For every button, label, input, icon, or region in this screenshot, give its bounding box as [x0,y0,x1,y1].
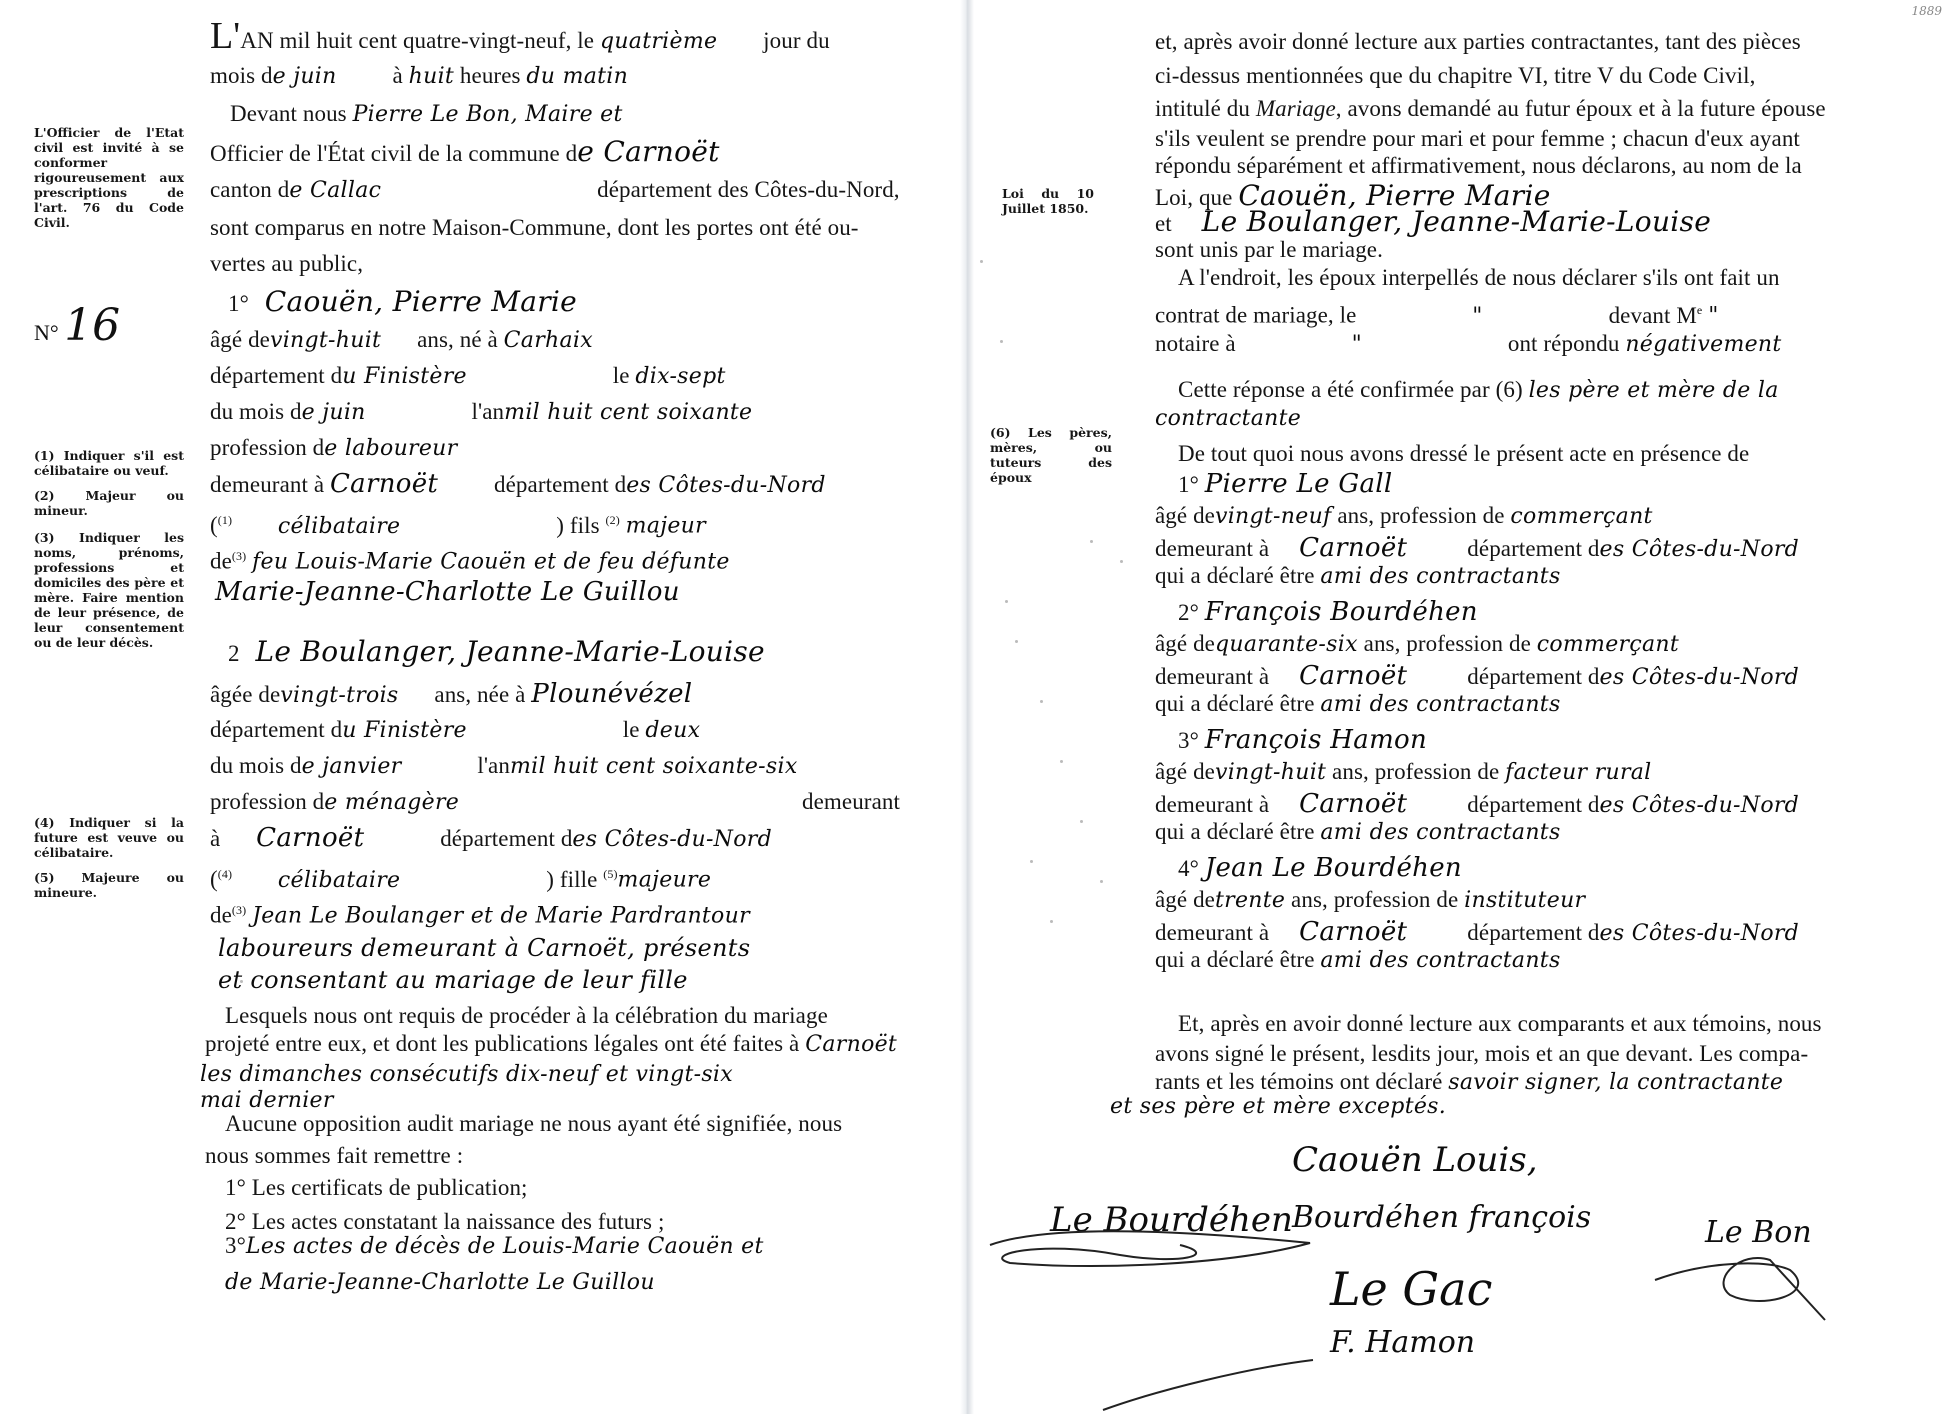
handwritten-month: e juin [273,64,337,89]
print-text: l'an [477,753,510,778]
witness-name-line: 4° Jean Le Bourdéhen [1178,854,1462,883]
witness-relation: ami des contractants [1320,948,1560,973]
signing-exceptions: et ses père et mère exceptés. [1110,1094,1446,1119]
reading-line-7: et Le Boulanger, Jeanne-Marie-Louise [1155,208,1711,238]
confirmed-by-cont: contractante [1155,406,1301,431]
witness-dept: es Côtes-du-Nord [1600,665,1800,690]
witness-age: quarante-six [1215,632,1358,657]
contract-line-1: A l'endroit, les époux interpellés de no… [1178,264,1780,292]
bride-birth-year: mil huit cent soixante-six [510,754,798,779]
signature-flourish-le-bon [1650,1240,1830,1330]
print-text: qui a déclaré être [1155,947,1320,972]
print-text: 3° [225,1233,246,1258]
note-ref: (2) [606,513,620,527]
print-text: qui a déclaré être [1155,691,1320,716]
witnesses-intro: De tout quoi nous avons dressé le présen… [1178,440,1749,468]
witness-age: vingt-neuf [1215,504,1332,529]
witness-name-line: 2° François Bourdéhen [1178,598,1478,627]
witness-residence: Carnoët [1299,917,1407,947]
intro-line-7: vertes au public, [210,250,363,278]
opposition-line-2: nous sommes fait remettre : [205,1142,463,1170]
scan-speck [1000,340,1003,343]
print-text: âgé de [1155,887,1215,912]
margin-note-3: (3) Indiquer les noms, prénoms, professi… [34,530,184,650]
print-text: ont répondu [1508,331,1620,356]
groom-age-line: âgé devingt-huit ans, né à Carhaix [210,326,593,355]
print-text: ( [210,867,218,892]
print-text: département d [210,717,342,742]
intro-line-3: Devant nous Pierre Le Bon, Maire et [230,100,623,129]
print-text: qui a déclaré être [1155,563,1320,588]
print-text: âgé de [210,327,270,352]
groom-residence: Carnoët [330,469,438,499]
print-text: à [392,63,402,88]
witness-age: trente [1215,888,1285,913]
witness-relation: ami des contractants [1320,692,1560,717]
reading-line-8: sont unis par le mariage. [1155,236,1383,264]
opposition-line-1: Aucune opposition audit mariage ne nous … [225,1110,842,1138]
print-text: Cette réponse a été confirmée par [1178,377,1490,402]
witness-residence-line: demeurant àCarnoëtdépartement des Côtes-… [1155,662,1799,692]
scan-speck [250,1040,253,1043]
print-text: le [623,717,640,742]
print-text: rants et les témoins ont déclaré [1155,1069,1442,1094]
print-text: Officier de l'État civil de la commune d [210,141,577,166]
scan-speck [1100,880,1103,883]
witness-relation-line: qui a déclaré être ami des contractants [1155,690,1561,719]
print-text: profession d [210,435,324,460]
groom-parents: feu Louis-Marie Caouën et de feu défunte [252,550,730,575]
reading-line-2: ci-dessus mentionnées que du chapitre VI… [1155,62,1755,90]
print-text: ans, né à [417,327,498,352]
bride-birth-day: deux [645,718,700,743]
print-text: âgé de [1155,759,1215,784]
print-text: demeurant à [1155,792,1269,817]
print-text: demeurant à [210,472,324,497]
print-text: demeurant à [1155,536,1269,561]
groom-index: 1° [228,291,249,316]
witness-profession: instituteur [1464,888,1585,913]
groom-majority: majeur [626,514,706,539]
groom-name: Caouën, Pierre Marie [265,285,577,318]
witness-index: 3° [1178,728,1205,753]
witness-name: Jean Le Bourdéhen [1205,853,1462,883]
margin-note-4: (4) Indiquer si la future est veuve ou c… [34,815,184,860]
scan-speck [240,980,243,983]
witness-relation: ami des contractants [1320,820,1560,845]
witness-dept: es Côtes-du-Nord [1600,537,1800,562]
print-text: du mois d [210,753,302,778]
intro-line-1: L'AN mil huit cent quatre-vingt-neuf, le… [210,22,830,56]
groom-birth-month: e juin [302,400,366,425]
documents-item-3: 3°Les actes de décès de Louis-Marie Caou… [225,1232,764,1261]
bride-name: Le Boulanger, Jeanne-Marie-Louise [255,635,764,668]
print-text: Devant nous [230,101,347,126]
print-text: demeurant à [1155,664,1269,689]
blank-place: " [1352,332,1362,357]
signature-flourish-left [980,1225,1320,1285]
print-text: âgé de [1155,631,1215,656]
witness-name: François Hamon [1205,725,1427,755]
scan-speck [1120,560,1123,563]
print-text: ans, profession de [1285,887,1464,912]
signature-flourish-hamon [1098,1340,1318,1414]
contract-line-2: contrat de mariage, le " devant Me " [1155,296,1719,331]
print-text: mois d [210,63,273,88]
publications-line-2: projeté entre eux, et dont les publicati… [205,1030,897,1059]
bride-profession-line: profession de ménagère demeurant [210,788,459,817]
blank-notary: " [1708,304,1718,329]
publication-dates: les dimanches consécutifs dix-neuf et vi… [200,1062,733,1087]
scan-speck [1005,600,1008,603]
groom-status: célibataire [278,514,400,539]
corner-annotation: 1889 [1911,4,1942,18]
groom-month-line: du mois de juin l'anmil huit cent soixan… [210,398,752,427]
bride-parents-occupation: laboureurs demeurant à Carnoët, présents [218,934,750,962]
witness-profession: commerçant [1537,632,1679,657]
print-text: département d [1467,536,1599,561]
confirmed-by: les père et mère de la [1529,378,1779,403]
left-page: L'Officier de l'Etat civil est invité à … [0,0,970,1414]
bride-residence-line: à Carnoët département des Côtes-du-Nord [210,824,772,854]
witness-residence-line: demeurant àCarnoëtdépartement des Côtes-… [1155,534,1799,564]
bride-index: 2 [228,641,240,666]
witness-name: Pierre Le Gall [1205,469,1393,499]
signature-le-gac: Le Gac [1330,1262,1492,1316]
publications-line-1: Lesquels nous ont requis de procéder à l… [225,1002,828,1030]
print-text: département d [440,826,572,851]
scan-speck [1015,640,1018,643]
bride-age: vingt-trois [280,683,398,708]
handwritten-canton: e Callac [289,178,381,203]
note-ref: (6) [1496,377,1523,402]
print-text: de [210,549,232,574]
closing-line-4: et ses père et mère exceptés. [1110,1092,1446,1121]
print-text: ans, née à [434,682,525,707]
signature-bourdehen-francois: Bourdéhen françois [1292,1200,1591,1235]
witness-age: vingt-huit [1215,760,1326,785]
witness-residence: Carnoët [1299,789,1407,819]
print-text: du mois d [210,399,302,424]
witness-index: 4° [1178,856,1205,881]
witness-residence: Carnoët [1299,661,1407,691]
print-text: ) fils [556,513,599,538]
print-text: qui a déclaré être [1155,819,1320,844]
bride-birth-month: e janvier [302,754,402,779]
print-text: ans, profession de [1326,759,1505,784]
print-text: département d [1467,920,1599,945]
print-text: devant M [1609,303,1697,328]
italic-mariage: Mariage [1256,96,1336,121]
witness-dept: es Côtes-du-Nord [1600,793,1800,818]
handwritten-day: quatrième [600,29,717,54]
groom-name-line: 1° Caouën, Pierre Marie [228,288,577,318]
groom-residence-line: demeurant à Carnoët département des Côte… [210,470,826,500]
print-text: demeurant à [1155,920,1269,945]
print-text: à [210,826,220,851]
print-text: profession d [210,789,324,814]
groom-profession-line: profession de laboureur [210,434,457,463]
print-text: heures [460,63,521,88]
bride-residence-dept: es Côtes-du-Nord [572,827,772,852]
witness-relation: ami des contractants [1320,564,1560,589]
blank-date: " [1472,304,1482,329]
bride-name-line: 2 Le Boulanger, Jeanne-Marie-Louise [228,638,765,668]
margin-note-6: (6) Les pères, mères, ou tuteurs des épo… [990,425,1112,485]
union-bride: Le Boulanger, Jeanne-Marie-Louise [1202,205,1711,238]
contract-line-5: contractante [1155,404,1301,433]
print-text: département d [1467,664,1599,689]
groom-residence-dept: es Côtes-du-Nord [626,473,826,498]
witness-residence-line: demeurant àCarnoëtdépartement des Côtes-… [1155,790,1799,820]
print-text: ) fille [546,867,597,892]
print-text: contrat de mariage, le [1155,303,1356,328]
groom-age: vingt-huit [270,328,381,353]
scan-speck [1030,860,1033,863]
print-text: e [1697,303,1702,317]
signature-hamon: F. Hamon [1330,1325,1475,1360]
right-page: 1889 Loi du 10 Juillet 1850. (6) Les pèr… [970,0,1954,1414]
print-text: projeté entre eux, et dont les publicati… [205,1031,799,1056]
groom-birth-day: dix-sept [635,364,725,389]
bride-parents-consent: et consentant au mariage de leur fille [218,966,688,994]
record-number: N° 16 [34,300,120,351]
bride-parents-line-1: de(3) Jean Le Boulanger et de Marie Pard… [210,896,750,931]
note-ref: (4) [218,867,232,881]
closing-line-1: Et, après en avoir donné lecture aux com… [1178,1010,1822,1038]
handwritten-commune: e Carnoët [577,135,719,168]
intro-line-4: Officier de l'État civil de la commune d… [210,138,720,168]
signature-caouen: Caouën Louis, [1292,1140,1538,1180]
death-records-cont: de Marie-Jeanne-Charlotte Le Guillou [225,1270,655,1295]
handwritten-hour: huit [409,64,454,89]
groom-mother: Marie-Jeanne-Charlotte Le Guillou [215,577,680,607]
print-text: de [210,903,232,928]
signing-declaration: savoir signer, la contractante [1448,1070,1783,1095]
groom-parents-line-2: Marie-Jeanne-Charlotte Le Guillou [215,578,680,607]
margin-note-5: (5) Majeure ou mineure. [34,870,184,900]
print-text: âgée de [210,682,280,707]
print-text: département d [494,472,626,497]
contract-line-3: notaire à " ont répondu négativement [1155,330,1782,359]
print-text: canton d [210,177,289,202]
reading-line-1: et, après avoir donné lecture aux partie… [1155,28,1801,56]
witness-relation-line: qui a déclaré être ami des contractants [1155,946,1561,975]
print-text: le [613,363,630,388]
scan-speck [1090,540,1093,543]
print-text: ans, profession de [1358,631,1537,656]
witness-index: 2° [1178,600,1205,625]
scan-speck [1050,920,1053,923]
print-text: ans, profession de [1331,503,1510,528]
bride-dept-line: département du Finistère le deux [210,716,700,745]
margin-note-1: (1) Indiquer s'il est célibataire ou veu… [34,448,184,478]
record-number-value: 16 [64,300,120,351]
print-text: AN mil huit cent quatre-vingt-neuf, le [240,28,594,53]
note-ref: (3) [232,549,246,563]
scan-speck [980,260,983,263]
drop-cap: L' [210,15,240,57]
witness-dept: es Côtes-du-Nord [1600,921,1800,946]
intro-line-6: sont comparus en notre Maison-Commune, d… [210,214,859,242]
intro-line-5: canton de Callac département des Côtes-d… [210,176,900,205]
witness-age-line: âgé detrente ans, profession de institut… [1155,886,1585,915]
bride-parents: Jean Le Boulanger et de Marie Pardrantou… [252,904,750,929]
intro-line-2: mois de juin à huit heures du matin [210,62,628,91]
bride-month-line: du mois de janvier l'anmil huit cent soi… [210,752,798,781]
groom-birth-dept: u Finistère [342,364,467,389]
bride-profession: e ménagère [324,790,459,815]
print-text: jour du [763,28,830,53]
groom-status-line: ((1) célibataire ) fils (2) majeur [210,506,706,541]
reading-line-4: s'ils veulent se prendre pour mari et po… [1155,125,1800,153]
publication-place: Carnoët [805,1032,897,1057]
print-text: département d [210,363,342,388]
groom-dept-line: département du Finistère le dix-sept [210,362,726,391]
print-text: et [1155,211,1172,236]
death-records: Les actes de décès de Louis-Marie Caouën… [246,1234,764,1259]
documents-item-1: 1° Les certificats de publication; [225,1174,528,1202]
print-text: demeurant [802,788,900,816]
note-ref: (1) [218,513,232,527]
bride-residence: Carnoët [256,823,364,853]
bride-parents-line-3: et consentant au mariage de leur fille [218,966,688,995]
documents-item-3-cont: de Marie-Jeanne-Charlotte Le Guillou [225,1268,655,1297]
publications-line-3: les dimanches consécutifs dix-neuf et vi… [200,1060,733,1089]
witness-relation-line: qui a déclaré être ami des contractants [1155,818,1561,847]
print-text: intitulé du [1155,96,1250,121]
witness-age-line: âgé dequarante-six ans, profession de co… [1155,630,1679,659]
witness-residence: Carnoët [1299,533,1407,563]
witness-name-line: 3° François Hamon [1178,726,1427,755]
bride-status: célibataire [278,868,400,893]
witness-profession: facteur rural [1505,760,1651,785]
witness-profession: commerçant [1510,504,1652,529]
margin-note-2: (2) Majeur ou mineur. [34,488,184,518]
margin-note-officer: L'Officier de l'Etat civil est invité à … [34,125,184,230]
scan-speck [1080,820,1083,823]
print-text: l'an [472,399,505,424]
bride-status-line: ((4) célibataire ) fille (5)majeure [210,860,711,895]
print-text: département des Côtes-du-Nord, [597,177,900,202]
bride-majority: majeure [618,868,712,893]
handwritten-mayor: Pierre Le Bon, Maire et [353,102,623,127]
bride-birthplace: Plounévézel [531,679,692,709]
reading-line-5: répondu séparément et affirmativement, n… [1155,152,1802,180]
contract-line-4: Cette réponse a été confirmée par (6) le… [1178,376,1779,405]
witness-name-line: 1° Pierre Le Gall [1178,470,1392,499]
note-ref: (5) [603,867,617,881]
bride-age-line: âgée devingt-trois ans, née à Plounévéze… [210,680,692,710]
bride-parents-line-2: laboureurs demeurant à Carnoët, présents [218,934,750,963]
reading-line-3: intitulé du Mariage, avons demandé au fu… [1155,95,1826,123]
groom-parents-line-1: de(3) feu Louis-Marie Caouën et de feu d… [210,542,730,577]
witness-age-line: âgé devingt-neuf ans, profession de comm… [1155,502,1653,531]
witness-age-line: âgé devingt-huit ans, profession de fact… [1155,758,1652,787]
scan-speck [1060,760,1063,763]
print-text: âgé de [1155,503,1215,528]
groom-birth-year: mil huit cent soixante [504,400,752,425]
scan-speck [1040,700,1043,703]
handwritten-time: du matin [526,64,628,89]
print-text: , avons demandé au futur époux et à la f… [1336,96,1826,121]
groom-birthplace: Carhaix [504,328,593,353]
closing-line-2: avons signé le présent, lesdits jour, mo… [1155,1040,1808,1068]
contract-answer: négativement [1625,332,1781,357]
groom-profession: e laboureur [324,436,457,461]
witness-relation-line: qui a déclaré être ami des contractants [1155,562,1561,591]
bride-birth-dept: u Finistère [342,718,467,743]
witness-name: François Bourdéhen [1205,597,1478,627]
witness-residence-line: demeurant àCarnoëtdépartement des Côtes-… [1155,918,1799,948]
margin-note-law: Loi du 10 Juillet 1850. [1002,186,1094,216]
print-text: ( [210,513,218,538]
print-text: notaire à [1155,331,1236,356]
print-text: département d [1467,792,1599,817]
witness-index: 1° [1178,472,1205,497]
record-number-label: N° [34,320,59,345]
note-ref: (3) [232,903,246,917]
